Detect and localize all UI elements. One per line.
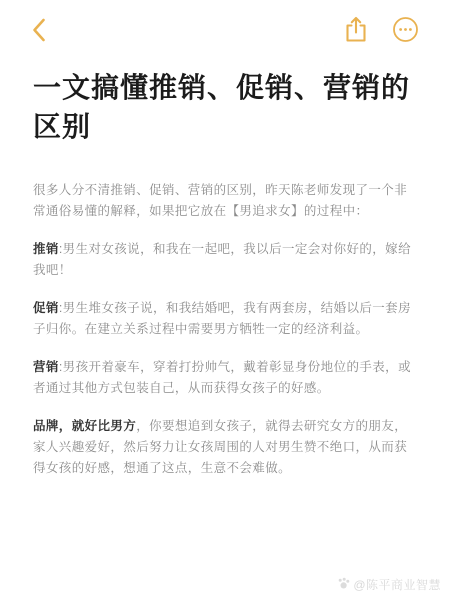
note-page: 一文搞懂推销、促销、营销的区别 很多人分不清推销、促销、营销的区别，昨天陈老师发… bbox=[0, 0, 449, 600]
paragraph-cuxiao: 促销:男生堆女孩子说，和我结婚吧，我有两套房，结婚以后一套房子归你。在建立关系过… bbox=[33, 298, 417, 340]
paragraph-lead: 推销 bbox=[33, 242, 59, 256]
back-button[interactable] bbox=[30, 16, 48, 47]
paragraph-intro: 很多人分不清推销、促销、营销的区别，昨天陈老师发现了一个非常通俗易懂的解释，如果… bbox=[33, 180, 417, 222]
paragraph-lead: 营销 bbox=[33, 360, 59, 374]
share-icon bbox=[344, 15, 368, 47]
paragraph-lead: 促销 bbox=[33, 301, 59, 315]
paragraph-lead: 品牌，就好比男方 bbox=[33, 419, 136, 433]
share-button[interactable] bbox=[344, 15, 368, 47]
watermark-logo-icon bbox=[336, 577, 351, 593]
top-bar bbox=[0, 0, 449, 56]
paragraph-text: :男孩开着豪车，穿着打扮帅气，戴着彰显身份地位的手表，或者通过其他方式包装自己，… bbox=[33, 360, 411, 395]
paragraph-text: 很多人分不清推销、促销、营销的区别，昨天陈老师发现了一个非常通俗易懂的解释，如果… bbox=[33, 183, 407, 218]
watermark-text: @陈平商业智慧 bbox=[353, 576, 441, 593]
top-bar-actions bbox=[344, 15, 419, 47]
article-body: 很多人分不清推销、促销、营销的区别，昨天陈老师发现了一个非常通俗易懂的解释，如果… bbox=[33, 180, 417, 479]
paragraph-text: :男生堆女孩子说，和我结婚吧，我有两套房，结婚以后一套房子归你。在建立关系过程中… bbox=[33, 301, 411, 336]
paragraph-pinpai: 品牌，就好比男方，你要想追到女孩子，就得去研究女方的朋友，家人兴趣爱好，然后努力… bbox=[33, 416, 417, 479]
ellipsis-circle-icon bbox=[392, 16, 419, 46]
chevron-left-icon bbox=[30, 16, 48, 47]
page-title: 一文搞懂推销、促销、营销的区别 bbox=[33, 68, 416, 146]
paragraph-yingxiao: 营销:男孩开着豪车，穿着打扮帅气，戴着彰显身份地位的手表，或者通过其他方式包装自… bbox=[33, 357, 417, 399]
paragraph-tuixiao: 推销:男生对女孩说，和我在一起吧，我以后一定会对你好的，嫁给我吧！ bbox=[33, 239, 417, 281]
watermark: @陈平商业智慧 bbox=[336, 576, 441, 593]
paragraph-text: :男生对女孩说，和我在一起吧，我以后一定会对你好的，嫁给我吧！ bbox=[33, 242, 411, 277]
more-button[interactable] bbox=[392, 16, 419, 46]
